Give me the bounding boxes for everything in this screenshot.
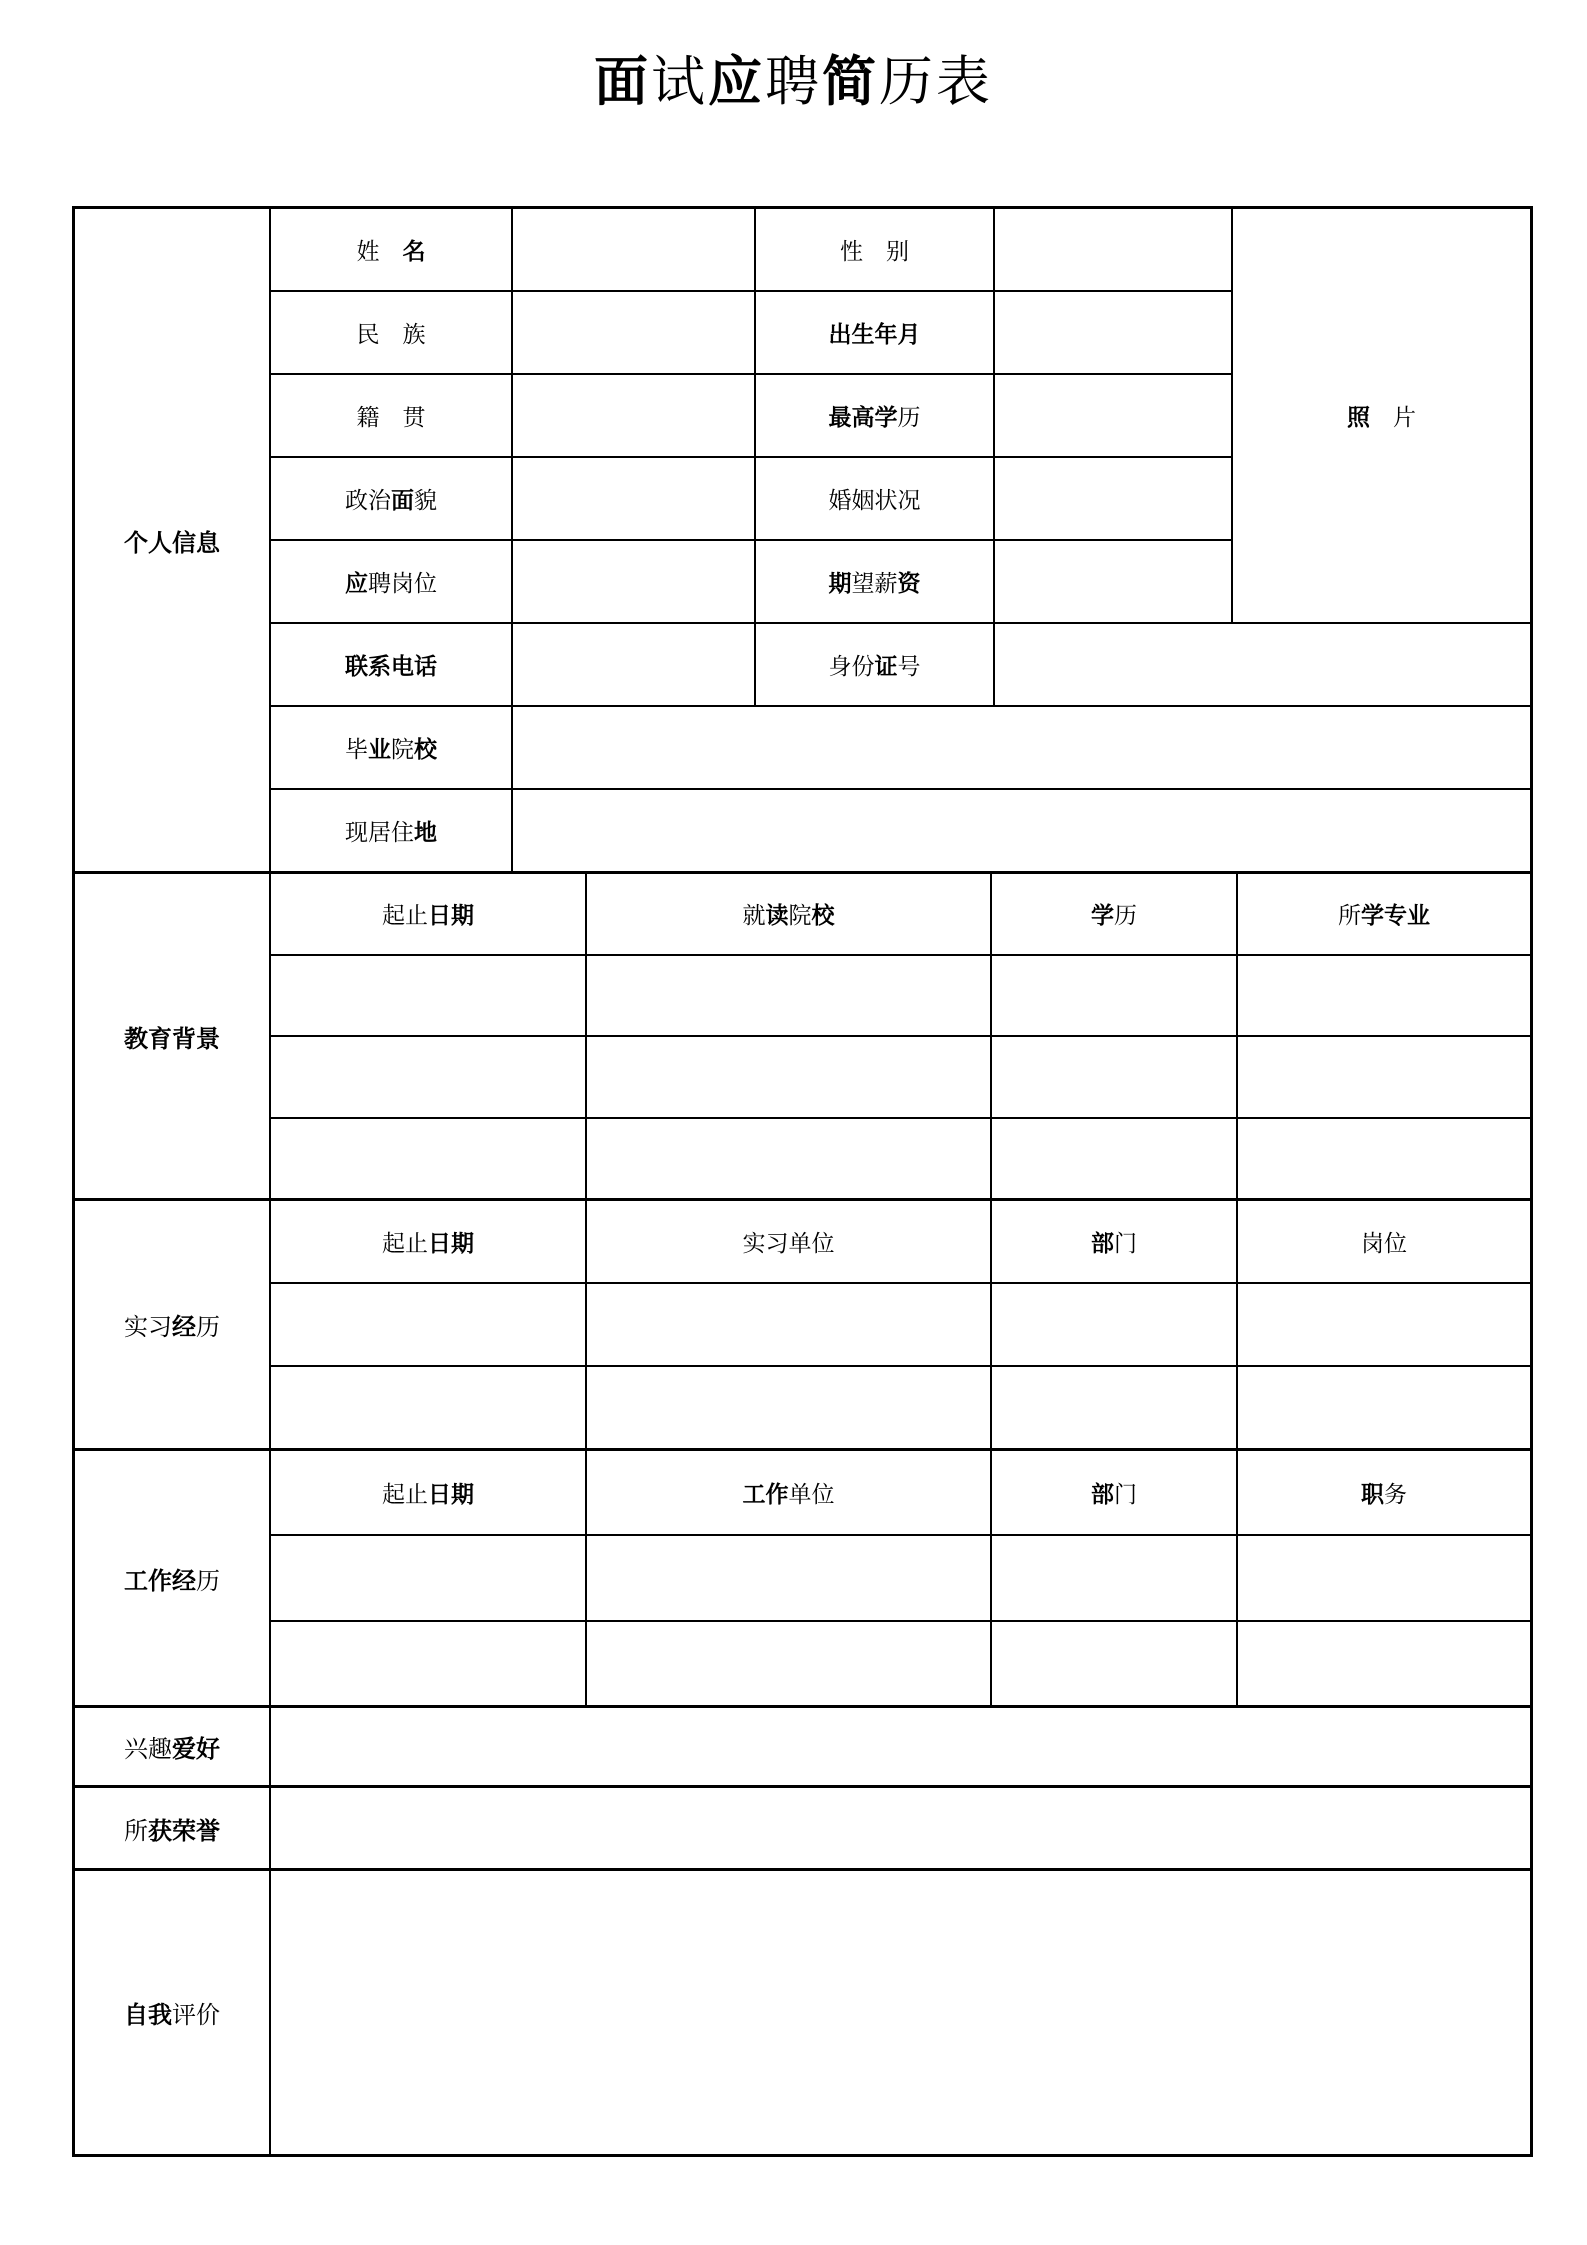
resume-document-page: 面试应聘简历表 个人信息 姓 名 性 别 照 片 民 族 出生年月 籍 贯 最高… xyxy=(0,0,1587,2245)
work-header-post: 职务 xyxy=(1238,1451,1530,1534)
section-label-work: 工作经历 xyxy=(75,1451,269,1705)
field-label-id-number: 身份证号 xyxy=(756,624,993,705)
self-evaluation-value[interactable] xyxy=(271,1871,1530,2154)
work-cell-post[interactable] xyxy=(1238,1536,1530,1619)
intern-header-company: 实习单位 xyxy=(587,1201,990,1282)
edu-cell-date[interactable] xyxy=(271,956,585,1036)
field-value-expected-salary[interactable] xyxy=(995,541,1231,622)
edu-header-major: 所学专业 xyxy=(1238,874,1530,954)
intern-cell-company[interactable] xyxy=(587,1284,990,1365)
field-label-ethnicity: 民 族 xyxy=(271,292,511,373)
edu-cell-date[interactable] xyxy=(271,1119,585,1199)
field-label-gender: 性 别 xyxy=(756,209,993,290)
section-label-honors: 所获荣誉 xyxy=(75,1788,269,1868)
field-label-birth-date: 出生年月 xyxy=(756,292,993,373)
field-label-graduate-school: 毕业院校 xyxy=(271,707,511,788)
intern-cell-post[interactable] xyxy=(1238,1284,1530,1365)
intern-header-date: 起止日期 xyxy=(271,1201,585,1282)
work-header-department: 部门 xyxy=(992,1451,1236,1534)
edu-cell-date[interactable] xyxy=(271,1037,585,1117)
field-value-birth-date[interactable] xyxy=(995,292,1231,373)
section-label-personal: 个人信息 xyxy=(75,209,269,871)
edu-cell-major[interactable] xyxy=(1238,1119,1530,1199)
field-value-marital-status[interactable] xyxy=(995,458,1231,539)
field-value-political-status[interactable] xyxy=(513,458,754,539)
section-hobbies: 兴趣爱好 xyxy=(75,1705,1530,1785)
page-title: 面试应聘简历表 xyxy=(0,50,1587,115)
edu-header-school: 就读院校 xyxy=(587,874,990,954)
edu-cell-school[interactable] xyxy=(587,1037,990,1117)
work-cell-company[interactable] xyxy=(587,1622,990,1705)
field-value-gender[interactable] xyxy=(995,209,1231,290)
edu-header-date: 起止日期 xyxy=(271,874,585,954)
field-label-current-address: 现居住地 xyxy=(271,790,511,871)
section-label-education: 教育背景 xyxy=(75,874,269,1198)
field-label-phone: 联系电话 xyxy=(271,624,511,705)
intern-cell-department[interactable] xyxy=(992,1367,1236,1448)
edu-cell-school[interactable] xyxy=(587,956,990,1036)
field-value-graduate-school[interactable] xyxy=(513,707,1530,788)
field-value-ethnicity[interactable] xyxy=(513,292,754,373)
work-cell-department[interactable] xyxy=(992,1536,1236,1619)
field-label-native-place: 籍 贯 xyxy=(271,375,511,456)
intern-header-post: 岗位 xyxy=(1238,1201,1530,1282)
hobbies-value[interactable] xyxy=(271,1708,1530,1785)
resume-form-table: 个人信息 姓 名 性 别 照 片 民 族 出生年月 籍 贯 最高学历 政治面貌 … xyxy=(72,206,1533,2157)
section-label-internship: 实习经历 xyxy=(75,1201,269,1448)
work-cell-department[interactable] xyxy=(992,1622,1236,1705)
field-value-phone[interactable] xyxy=(513,624,754,705)
field-value-position-applied[interactable] xyxy=(513,541,754,622)
intern-header-department: 部门 xyxy=(992,1201,1236,1282)
intern-cell-company[interactable] xyxy=(587,1367,990,1448)
edu-cell-degree[interactable] xyxy=(992,956,1236,1036)
field-value-id-number[interactable] xyxy=(995,624,1530,705)
intern-cell-date[interactable] xyxy=(271,1284,585,1365)
intern-cell-department[interactable] xyxy=(992,1284,1236,1365)
work-cell-company[interactable] xyxy=(587,1536,990,1619)
section-personal: 个人信息 姓 名 性 别 照 片 民 族 出生年月 籍 贯 最高学历 政治面貌 … xyxy=(75,209,1530,871)
section-honors: 所获荣誉 xyxy=(75,1785,1530,1868)
work-header-date: 起止日期 xyxy=(271,1451,585,1534)
edu-cell-degree[interactable] xyxy=(992,1037,1236,1117)
edu-cell-major[interactable] xyxy=(1238,1037,1530,1117)
field-value-name[interactable] xyxy=(513,209,754,290)
field-label-highest-education: 最高学历 xyxy=(756,375,993,456)
section-education: 教育背景 起止日期 就读院校 学历 所学专业 xyxy=(75,871,1530,1198)
field-label-political-status: 政治面貌 xyxy=(271,458,511,539)
field-value-highest-education[interactable] xyxy=(995,375,1231,456)
field-label-position-applied: 应聘岗位 xyxy=(271,541,511,622)
section-self-evaluation: 自我评价 xyxy=(75,1868,1530,2154)
section-label-hobbies: 兴趣爱好 xyxy=(75,1708,269,1785)
edu-header-degree: 学历 xyxy=(992,874,1236,954)
field-value-native-place[interactable] xyxy=(513,375,754,456)
work-cell-date[interactable] xyxy=(271,1622,585,1705)
intern-cell-date[interactable] xyxy=(271,1367,585,1448)
photo-placeholder[interactable]: 照 片 xyxy=(1233,209,1530,622)
honors-value[interactable] xyxy=(271,1788,1530,1868)
work-header-company: 工作单位 xyxy=(587,1451,990,1534)
section-label-self-evaluation: 自我评价 xyxy=(75,1871,269,2154)
field-label-name: 姓 名 xyxy=(271,209,511,290)
intern-cell-post[interactable] xyxy=(1238,1367,1530,1448)
work-cell-date[interactable] xyxy=(271,1536,585,1619)
work-cell-post[interactable] xyxy=(1238,1622,1530,1705)
field-label-expected-salary: 期望薪资 xyxy=(756,541,993,622)
field-label-marital-status: 婚姻状况 xyxy=(756,458,993,539)
field-value-current-address[interactable] xyxy=(513,790,1530,871)
section-work: 工作经历 起止日期 工作单位 部门 职务 xyxy=(75,1448,1530,1705)
edu-cell-major[interactable] xyxy=(1238,956,1530,1036)
edu-cell-school[interactable] xyxy=(587,1119,990,1199)
edu-cell-degree[interactable] xyxy=(992,1119,1236,1199)
section-internship: 实习经历 起止日期 实习单位 部门 岗位 xyxy=(75,1198,1530,1448)
